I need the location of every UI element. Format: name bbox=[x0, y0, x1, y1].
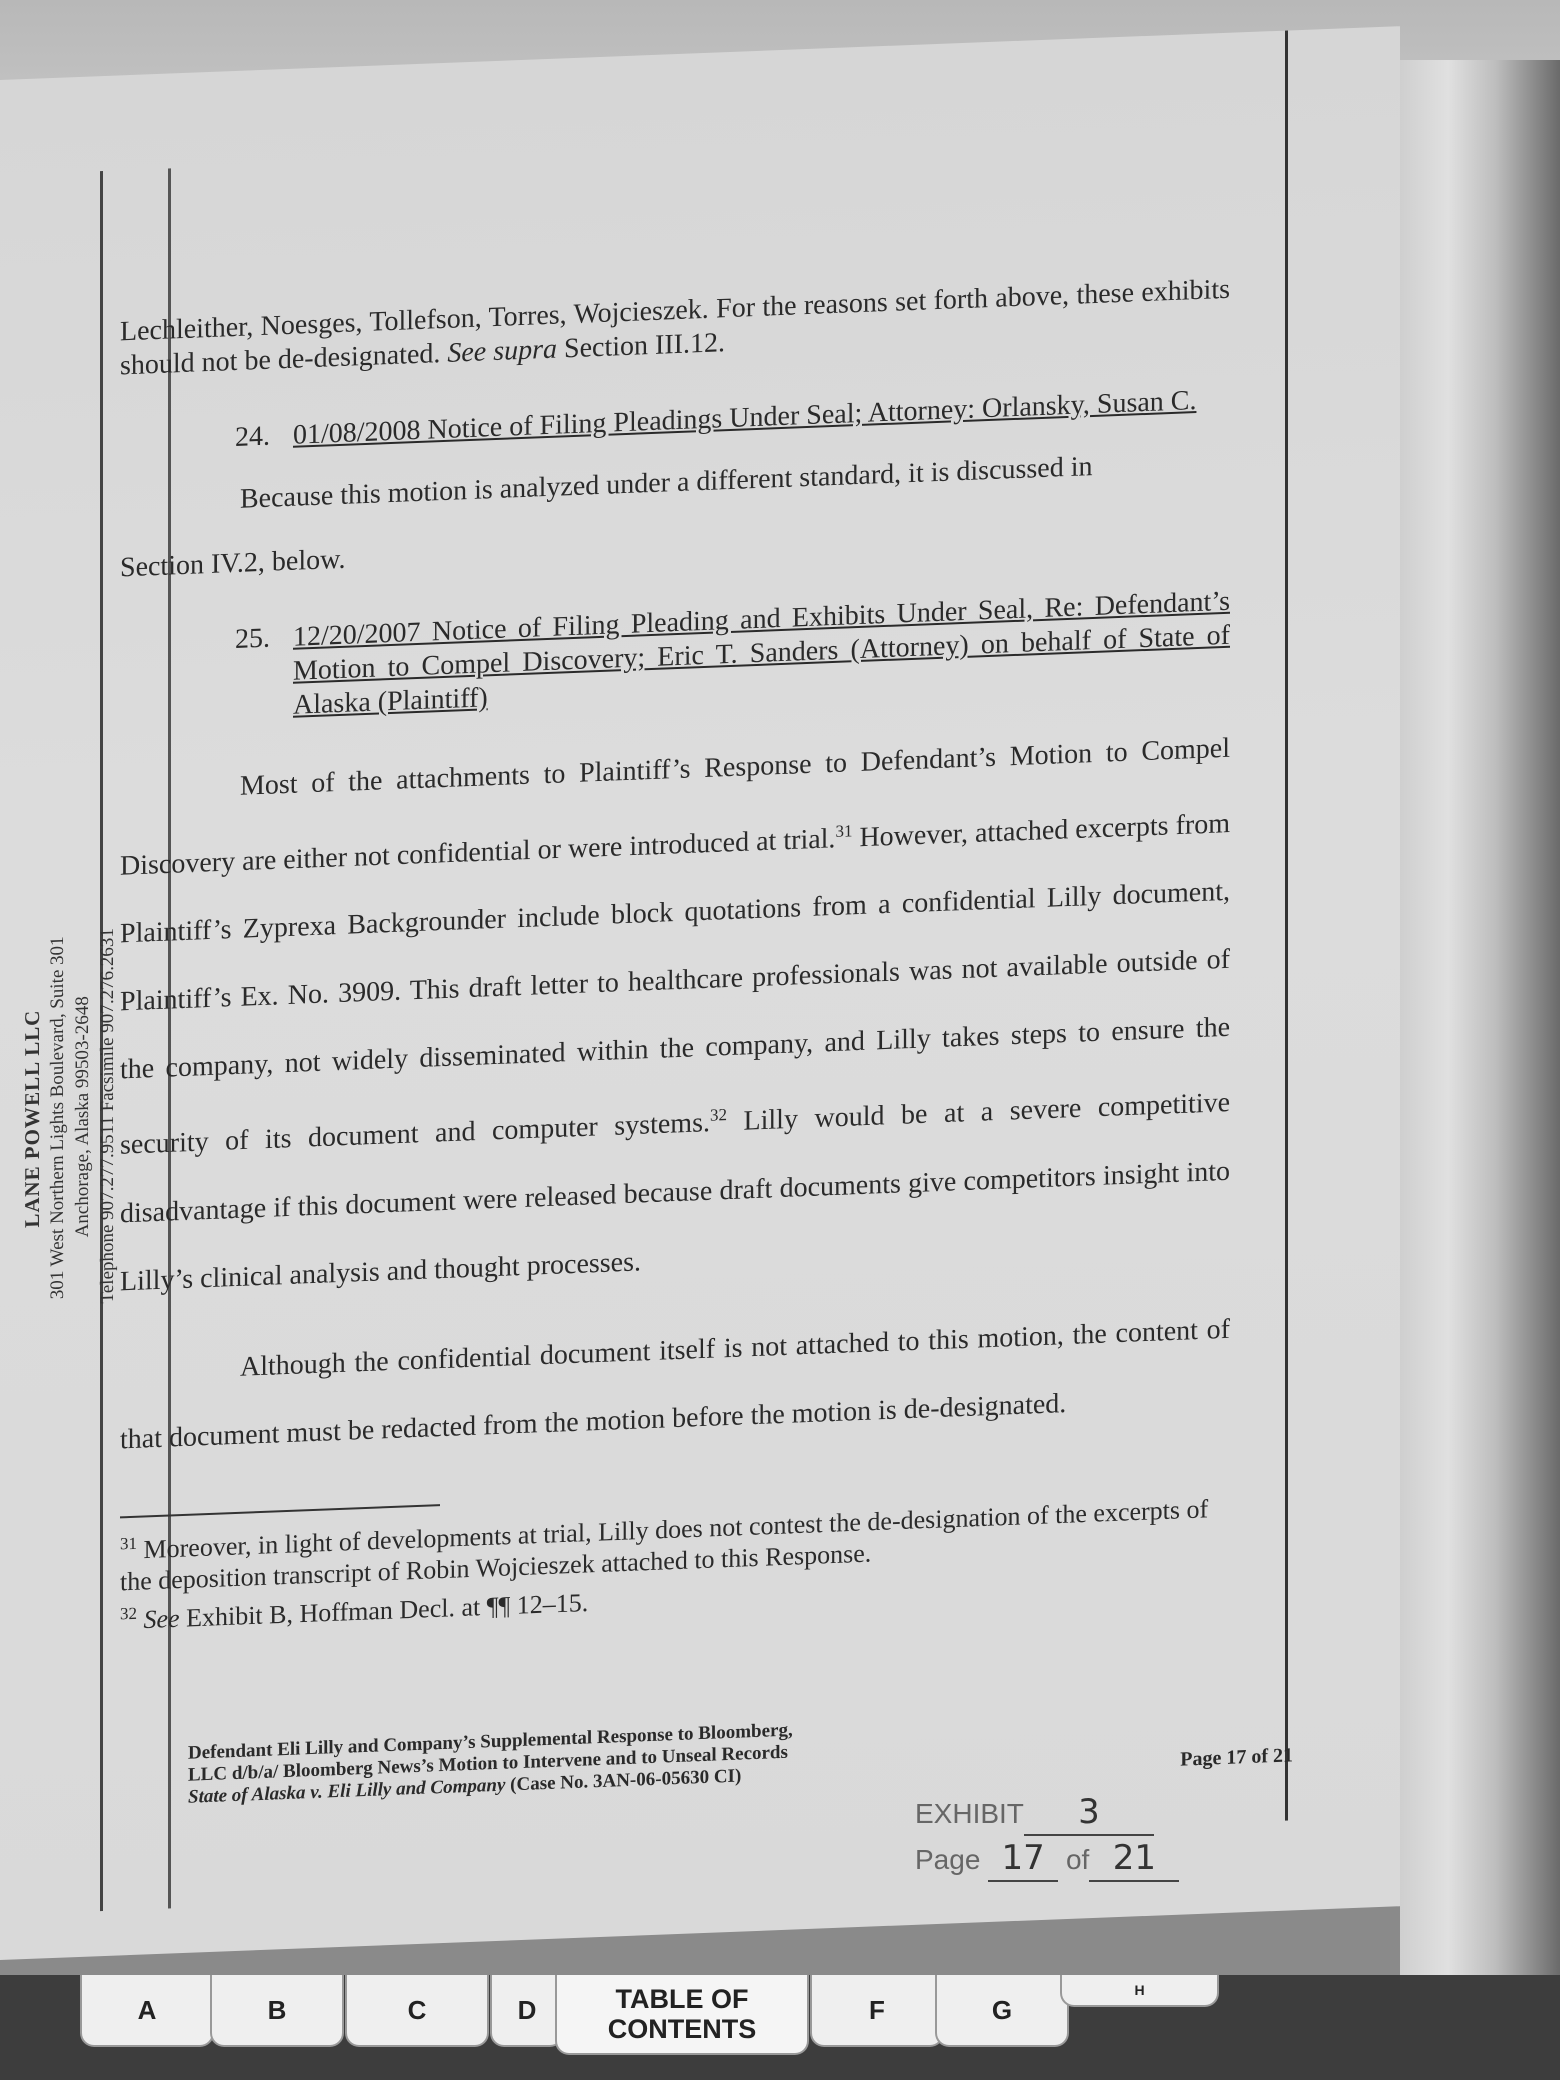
exhibit-number: 3 bbox=[1024, 1790, 1154, 1836]
item-24-paragraph-continued: Section IV.2, below. bbox=[120, 509, 1230, 586]
tab-f[interactable]: F bbox=[810, 1975, 944, 2047]
item-number: 25. bbox=[235, 621, 293, 725]
firm-phone: Telephone 907.277.9511 Facsimile 907.276… bbox=[95, 885, 120, 1346]
index-tabs: A B C D TABLE OF CONTENTS F G H bbox=[0, 1975, 1560, 2080]
tab-g[interactable]: G bbox=[935, 1975, 1069, 2047]
tab-table-of-contents[interactable]: TABLE OF CONTENTS bbox=[555, 1975, 809, 2055]
item-25: 25. 12/20/2007 Notice of Filing Pleading… bbox=[120, 585, 1230, 730]
of-label: of bbox=[1066, 1844, 1089, 1875]
exhibit-label: EXHIBIT bbox=[915, 1798, 1024, 1829]
right-margin-rule bbox=[1285, 31, 1288, 1821]
exhibit-total-pages: 21 bbox=[1089, 1836, 1179, 1882]
item-24-paragraph: Because this motion is analyzed under a … bbox=[120, 445, 1230, 522]
item-title: 01/08/2008 Notice of Filing Pleadings Un… bbox=[293, 384, 1196, 453]
page-label: Page bbox=[915, 1844, 980, 1875]
tab-a[interactable]: A bbox=[80, 1975, 214, 2047]
item-25-paragraph: Most of the attachments to Plaintiff’s R… bbox=[120, 715, 1230, 1316]
firm-address: 301 West Northern Lights Boulevard, Suit… bbox=[45, 887, 70, 1348]
tab-h[interactable]: H bbox=[1060, 1975, 1219, 2007]
exhibit-page: 17 bbox=[988, 1836, 1058, 1882]
footnote-divider bbox=[120, 1504, 440, 1518]
firm-letterhead: LANE POWELL LLC 301 West Northern Lights… bbox=[20, 885, 120, 1349]
tab-c[interactable]: C bbox=[345, 1975, 489, 2047]
tab-b[interactable]: B bbox=[210, 1975, 344, 2047]
tab-d[interactable]: D bbox=[490, 1975, 564, 2047]
footnote-ref-32[interactable]: 32 bbox=[710, 1105, 727, 1125]
continuation-paragraph: Lechleither, Noesges, Tollefson, Torres,… bbox=[120, 273, 1230, 384]
item-title: 12/20/2007 Notice of Filing Pleading and… bbox=[293, 585, 1230, 723]
firm-name: LANE POWELL LLC bbox=[20, 888, 45, 1349]
firm-city: Anchorage, Alaska 99503-2648 bbox=[70, 886, 95, 1347]
exhibit-stamp: EXHIBIT3 Page 17 of21 bbox=[915, 1790, 1185, 1882]
item-24: 24. 01/08/2008 Notice of Filing Pleading… bbox=[120, 383, 1230, 460]
document-page: LANE POWELL LLC 301 West Northern Lights… bbox=[0, 26, 1400, 1960]
item-number: 24. bbox=[235, 419, 293, 455]
closing-paragraph: Although the confidential document itsel… bbox=[120, 1295, 1230, 1474]
document-body: Lechleither, Noesges, Tollefson, Torres,… bbox=[120, 273, 1230, 1638]
footnote-ref-31[interactable]: 31 bbox=[835, 821, 852, 841]
page-stack-edge bbox=[1400, 60, 1560, 2010]
page-number: Page 17 of 21 bbox=[1180, 1744, 1293, 1770]
